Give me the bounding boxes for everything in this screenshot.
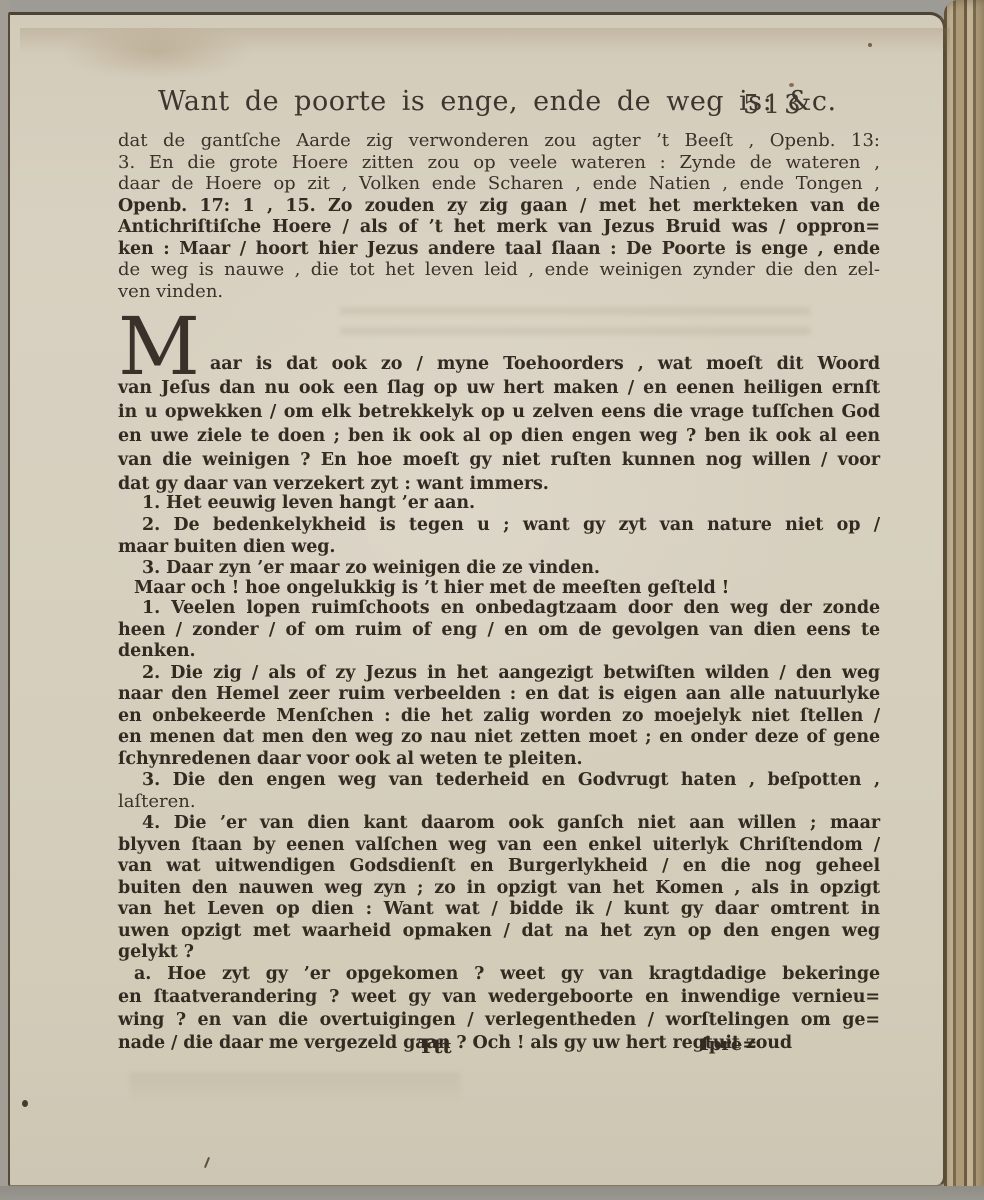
text-line: ken : Maar / hoort hier Jezus andere taa… <box>118 238 880 261</box>
ink-speck <box>22 1100 28 1107</box>
ink-speck <box>204 1157 210 1168</box>
list-item-line: 3. Die den engen weg van tederheid en Go… <box>118 769 880 792</box>
text-line: Antichriſtiſche Hoere / als of ’t het me… <box>118 216 880 239</box>
list-item-line: 2. De bedenkelykheid is tegen u ; want g… <box>118 514 880 537</box>
text-line: a. Hoe zyt gy ’er opgekomen ? weet gy va… <box>118 963 880 986</box>
text-line: wing ? en van die overtuigingen / verleg… <box>118 1009 880 1032</box>
list-item-line: blyven ſtaan by eenen valſchen weg van e… <box>118 834 880 857</box>
scanner-background-bottom <box>0 1186 984 1200</box>
list-item-line: denken. <box>118 640 880 663</box>
list-item-line: en menen dat men den weg zo nau niet zet… <box>118 726 880 749</box>
list-item-line: heen / zonder / of om ruim of eng / en o… <box>118 619 880 642</box>
text-line: ven vinden. <box>118 281 880 304</box>
text-line: Openb. 17: 1 , 15. Zo zouden zy zig gaan… <box>118 195 880 218</box>
running-title: Want de poorte is enge, ende de weg is: … <box>158 86 718 117</box>
list-item-line: maar buiten dien weg. <box>118 536 880 559</box>
text-line: en uwe ziele te doen ; ben ik ook al op … <box>118 425 880 448</box>
list-item-line: 2. Die zig / als of zy Jezus in het aang… <box>118 662 880 685</box>
text-block: Want de poorte is enge, ende de weg is: … <box>118 0 880 1100</box>
text-line: aar is dat ook zo / myne Toehoorders , w… <box>118 353 880 376</box>
list-item-line: en onbekeerde Menſchen : die het zalig w… <box>118 705 880 728</box>
list-item-line: 1. Veelen lopen ruimſchoots en onbedagtz… <box>118 597 880 620</box>
text-line: 3. En die grote Hoere zitten zou op veel… <box>118 152 880 175</box>
list-item-line: buiten den nauwen weg zyn ; zo in opzigt… <box>118 877 880 900</box>
text-line: en ſtaatverandering ? weet gy van wederg… <box>118 986 880 1009</box>
list-item-line: 4. Die ’er van dien kant daarom ook ganſ… <box>118 812 880 835</box>
list-item-line: naar den Hemel zeer ruim verbeelden : en… <box>118 683 880 706</box>
list-item-line: van het Leven op dien : Want wat / bidde… <box>118 898 880 921</box>
text-line: nade / die daar me vergezeld gaan ? Och … <box>118 1032 880 1055</box>
text-line: de weg is nauwe , die tot het leven leid… <box>118 259 880 282</box>
catchword: ſpre= <box>701 1034 757 1055</box>
book-scan: Want de poorte is enge, ende de weg is: … <box>0 0 984 1200</box>
page-number: 513 <box>743 90 805 120</box>
list-item-line: laſteren. <box>118 791 880 814</box>
list-item-line: van wat uitwendigen Godsdienſt en Burger… <box>118 855 880 878</box>
text-line: van Jeſus dan nu ook een ſlag op uw hert… <box>118 377 880 400</box>
list-item-line: gelykt ? <box>118 941 880 964</box>
signature-mark: Ttt <box>400 1034 470 1058</box>
text-line: van die weinigen ? En hoe moeſt gy niet … <box>118 449 880 472</box>
list-item-line: ſchynredenen daar voor ook al weten te p… <box>118 748 880 771</box>
text-line: daar de Hoere op zit , Volken ende Schar… <box>118 173 880 196</box>
list-item-line: 1. Het eeuwig leven hangt ’er aan. <box>118 492 880 515</box>
stacked-page-edges <box>944 0 984 1200</box>
text-line: dat de gantſche Aarde zig verwonderen zo… <box>118 130 880 153</box>
text-line: in u opwekken / om elk betrekkelyk op u … <box>118 401 880 424</box>
list-item-line: uwen opzigt met waarheid opmaken / dat n… <box>118 920 880 943</box>
